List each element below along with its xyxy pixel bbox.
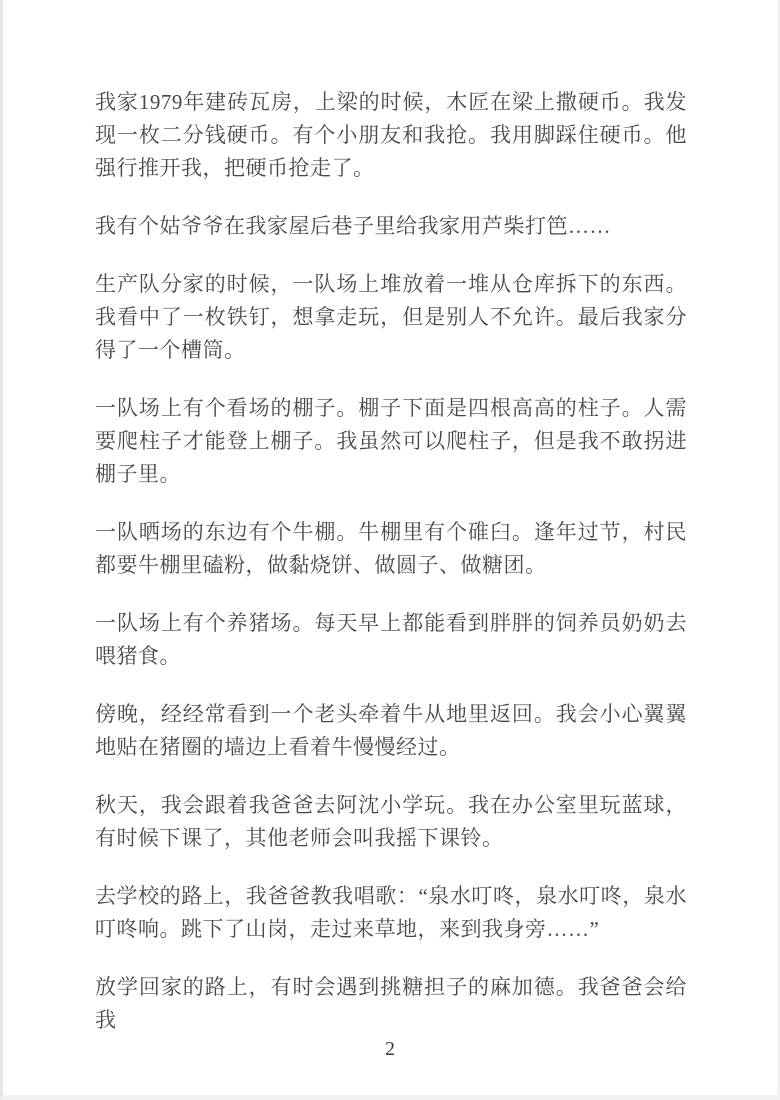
paragraph: 一队场上有个看场的棚子。棚子下面是四根高高的柱子。人需要爬柱子才能登上棚子。我虽… [95,392,687,491]
paragraph: 我家1979年建砖瓦房，上梁的时候，木匠在梁上撒硬币。我发现一枚二分钱硬币。有个… [95,86,687,185]
paragraph: 傍晚，经经常看到一个老头牵着牛从地里返回。我会小心翼翼地贴在猪圈的墙边上看着牛慢… [95,698,687,764]
paragraph: 生产队分家的时候，一队场上堆放着一堆从仓库拆下的东西。我看中了一枚铁钉，想拿走玩… [95,268,687,367]
page-content: 我家1979年建砖瓦房，上梁的时候，木匠在梁上撒硬币。我发现一枚二分钱硬币。有个… [95,86,687,1037]
document-page: 我家1979年建砖瓦房，上梁的时候，木匠在梁上撒硬币。我发现一枚二分钱硬币。有个… [0,0,780,1100]
page-number: 2 [3,1038,777,1061]
paragraph: 一队晒场的东边有个牛棚。牛棚里有个碓臼。逢年过节，村民都要牛棚里磕粉，做黏烧饼、… [95,516,687,582]
paragraph: 去学校的路上，我爸爸教我唱歌：“泉水叮咚，泉水叮咚，泉水叮咚响。跳下了山岗，走过… [95,880,687,946]
paragraph: 放学回家的路上，有时会遇到挑糖担子的麻加德。我爸爸会给我 [95,971,687,1037]
paragraph: 一队场上有个养猪场。每天早上都能看到胖胖的饲养员奶奶去喂猪食。 [95,607,687,673]
paragraph: 我有个姑爷爷在我家屋后巷子里给我家用芦柴打笆…… [95,210,687,243]
paragraph: 秋天，我会跟着我爸爸去阿沈小学玩。我在办公室里玩蓝球，有时候下课了，其他老师会叫… [95,789,687,855]
